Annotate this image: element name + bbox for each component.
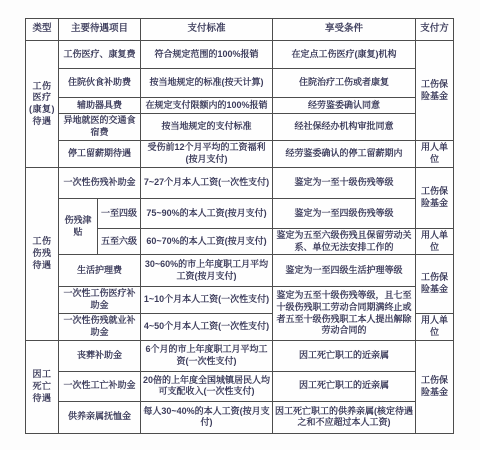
cell-standard: 7~27个月本人工资(一次性支付) xyxy=(141,168,273,199)
table-row: 伤残津贴 一至四级 75~90%的本人工资(按月支付) 鉴定为一至四级伤残等级 xyxy=(26,199,454,229)
cell-standard: 符合规定范围的100%报销 xyxy=(141,41,273,69)
table-row: 工伤医疗(康复)待遇 工伤医疗、康复费 符合规定范围的100%报销 在定点工伤医… xyxy=(26,41,454,69)
cell-standard: 在规定支付限额内的100%报销 xyxy=(141,98,273,114)
cell-item: 一次性伤残补助金 xyxy=(59,168,141,199)
cell-item-sub: 一至四级 xyxy=(98,199,141,229)
cell-item-group-disability-allowance: 伤残津贴 xyxy=(59,199,98,255)
section-type-medical: 工伤医疗(康复)待遇 xyxy=(26,41,59,168)
cell-condition: 因工死亡职工的近亲属 xyxy=(273,340,416,371)
cell-condition: 鉴定为五至十级伤残等级，且七至十级伤残职工劳动合同期满终止或者五至十级伤残职工本… xyxy=(273,287,416,340)
section-type-death: 因工死亡待遇 xyxy=(26,340,59,433)
cell-standard: 75~90%的本人工资(按月支付) xyxy=(141,199,273,229)
cell-item: 一次性工伤医疗补助金 xyxy=(59,287,141,313)
cell-payer: 工伤保险基金 xyxy=(416,255,454,313)
cell-condition: 经社保经办机构审批同意 xyxy=(273,114,416,141)
table-row: 辅助器具费 在规定支付限额内的100%报销 经劳鉴委确认同意 xyxy=(26,98,454,114)
section-type-disability: 工伤伤残待遇 xyxy=(26,168,59,341)
cell-standard: 受伤前12个月平均的工资福利(按月支付) xyxy=(141,141,273,168)
header-row: 类型 主要待遇项目 支付标准 享受条件 支付方 xyxy=(26,19,454,41)
col-header-condition: 享受条件 xyxy=(273,19,416,41)
cell-payer: 用人单位 xyxy=(416,229,454,255)
cell-condition: 住院治疗工伤或者康复 xyxy=(273,69,416,98)
cell-standard: 1~10个月本人工资(一次性支付) xyxy=(141,287,273,313)
table-row: 生活护理费 30~60%的市上年度职工月平均工资(按月支付) 鉴定为一至四级生活… xyxy=(26,255,454,287)
cell-condition: 在定点工伤医疗(康复)机构 xyxy=(273,41,416,69)
table-row: 供养亲属抚恤金 每人30~40%的本人工资(按月支付) 因工死亡职工的供养亲属(… xyxy=(26,401,454,433)
cell-condition: 因工死亡职工的供养亲属(核定待遇之和不应超过本人工资) xyxy=(273,401,416,433)
cell-payer: 用人单位 xyxy=(416,141,454,168)
cell-item: 辅助器具费 xyxy=(59,98,141,114)
cell-standard: 30~60%的市上年度职工月平均工资(按月支付) xyxy=(141,255,273,287)
cell-standard: 20倍的上年度全国城镇居民人均可支配收入(一次性支付) xyxy=(141,371,273,401)
table-row: 因工死亡待遇 丧葬补助金 6个月的市上年度职工月平均工资(一次性支付) 因工死亡… xyxy=(26,340,454,371)
table-row: 一次性工亡补助金 20倍的上年度全国城镇居民人均可支配收入(一次性支付) 因工死… xyxy=(26,371,454,401)
cell-condition: 经劳鉴委确认同意 xyxy=(273,98,416,114)
col-header-payer: 支付方 xyxy=(416,19,454,41)
cell-payer: 工伤保险基金 xyxy=(416,168,454,229)
cell-condition: 鉴定为五至六级伤残且保留劳动关系、单位无法安排工作的 xyxy=(273,229,416,255)
cell-item: 一次性伤残就业补助金 xyxy=(59,313,141,340)
table-row: 住院伙食补助费 按当地规定的标准(按天计算) 住院治疗工伤或者康复 xyxy=(26,69,454,98)
cell-condition: 鉴定为一至十级伤残等级 xyxy=(273,168,416,199)
cell-item: 供养亲属抚恤金 xyxy=(59,401,141,433)
cell-payer: 用人单位 xyxy=(416,313,454,340)
col-header-item: 主要待遇项目 xyxy=(59,19,141,41)
cell-condition: 经劳鉴委确认的停工留薪期内 xyxy=(273,141,416,168)
cell-item: 异地就医的交通食宿费 xyxy=(59,114,141,141)
cell-item-sub: 五至六级 xyxy=(98,229,141,255)
table-row: 异地就医的交通食宿费 按当地规定的支付标准 经社保经办机构审批同意 xyxy=(26,114,454,141)
cell-condition: 因工死亡职工的近亲属 xyxy=(273,371,416,401)
benefits-sheet: 类型 主要待遇项目 支付标准 享受条件 支付方 工伤医疗(康复)待遇 工伤医疗、… xyxy=(0,0,480,450)
cell-item: 生活护理费 xyxy=(59,255,141,287)
cell-payer: 工伤保险基金 xyxy=(416,340,454,433)
table-row: 工伤伤残待遇 一次性伤残补助金 7~27个月本人工资(一次性支付) 鉴定为一至十… xyxy=(26,168,454,199)
col-header-standard: 支付标准 xyxy=(141,19,273,41)
cell-payer: 工伤保险基金 xyxy=(416,41,454,141)
injury-benefits-table: 类型 主要待遇项目 支付标准 享受条件 支付方 工伤医疗(康复)待遇 工伤医疗、… xyxy=(25,18,454,434)
cell-standard: 4~50个月本人工资(一次性支付) xyxy=(141,313,273,340)
cell-item: 住院伙食补助费 xyxy=(59,69,141,98)
cell-standard: 60~70%的本人工资(按月支付) xyxy=(141,229,273,255)
cell-item: 停工留薪期待遇 xyxy=(59,141,141,168)
cell-standard: 按当地规定的支付标准 xyxy=(141,114,273,141)
cell-condition: 鉴定为一至四级伤残等级 xyxy=(273,199,416,229)
cell-item: 一次性工亡补助金 xyxy=(59,371,141,401)
col-header-type: 类型 xyxy=(26,19,59,41)
cell-standard: 按当地规定的标准(按天计算) xyxy=(141,69,273,98)
cell-item: 丧葬补助金 xyxy=(59,340,141,371)
cell-standard: 6个月的市上年度职工月平均工资(一次性支付) xyxy=(141,340,273,371)
table-row: 一次性工伤医疗补助金 1~10个月本人工资(一次性支付) 鉴定为五至十级伤残等级… xyxy=(26,287,454,313)
table-row: 停工留薪期待遇 受伤前12个月平均的工资福利(按月支付) 经劳鉴委确认的停工留薪… xyxy=(26,141,454,168)
cell-standard: 每人30~40%的本人工资(按月支付) xyxy=(141,401,273,433)
cell-item: 工伤医疗、康复费 xyxy=(59,41,141,69)
cell-condition: 鉴定为一至四级生活护理等级 xyxy=(273,255,416,287)
